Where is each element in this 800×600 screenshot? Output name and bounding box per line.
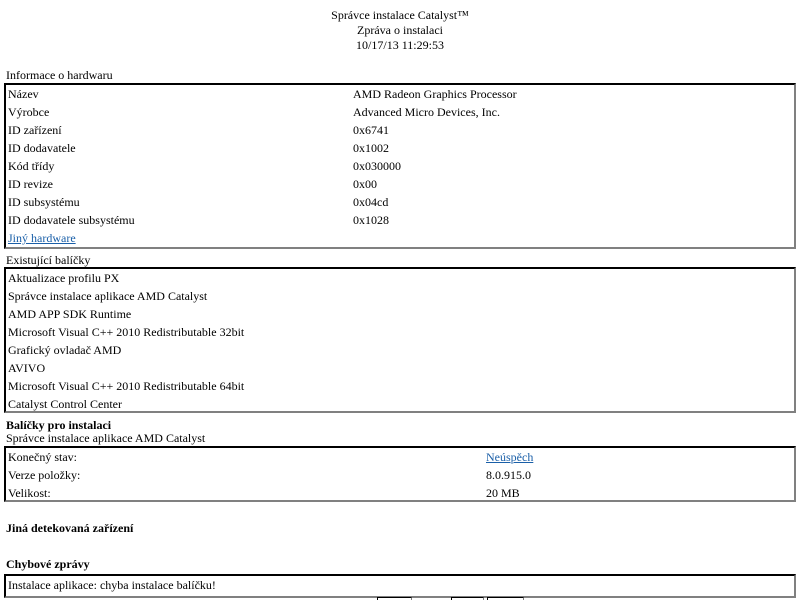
- package-details-box: Konečný stav:NeúspěchVerze položky:8.0.9…: [4, 446, 796, 502]
- row-value: 0x00: [353, 175, 377, 193]
- existing-packages-label: Existující balíčky: [6, 253, 90, 267]
- error-message-item: Instalace aplikace: chyba instalace balí…: [6, 576, 794, 594]
- other-hardware-link[interactable]: Jiný hardware: [8, 229, 76, 247]
- row-key: Microsoft Visual C++ 2010 Redistributabl…: [8, 377, 244, 395]
- row-value: 0x1028: [353, 211, 389, 229]
- error-messages-box: Instalace aplikace: chyba instalace balí…: [4, 574, 796, 598]
- package-list-item: AVIVO: [6, 359, 794, 377]
- row-key: Velikost:: [8, 484, 51, 502]
- package-list-item: Grafický ovladač AMD: [6, 341, 794, 359]
- row-key: Catalyst Control Center: [8, 395, 122, 413]
- report-timestamp: 10/17/13 11:29:53: [0, 38, 800, 53]
- row-key: AVIVO: [8, 359, 45, 377]
- package-list-item: Správce instalace aplikace AMD Catalyst: [6, 287, 794, 305]
- row-key: Název: [8, 85, 39, 103]
- row-value: Advanced Micro Devices, Inc.: [353, 103, 500, 121]
- row-key: ID zařízení: [8, 121, 62, 139]
- hardware-row: Kód třídy0x030000: [6, 157, 794, 175]
- package-list-item: Aktualizace profilu PX: [6, 269, 794, 287]
- packages-to-install-title: Balíčky pro instalaci: [6, 418, 111, 432]
- report-title: Správce instalace Catalyst™: [0, 8, 800, 23]
- hardware-row: ID zařízení0x6741: [6, 121, 794, 139]
- package-list-item: Microsoft Visual C++ 2010 Redistributabl…: [6, 323, 794, 341]
- row-value: 0x04cd: [353, 193, 388, 211]
- row-key: ID dodavatele subsystému: [8, 211, 135, 229]
- hardware-row: VýrobceAdvanced Micro Devices, Inc.: [6, 103, 794, 121]
- row-key: ID subsystému: [8, 193, 80, 211]
- row-value: 0x030000: [353, 157, 401, 175]
- package-name: Správce instalace aplikace AMD Catalyst: [6, 431, 205, 445]
- row-key: ID dodavatele: [8, 139, 76, 157]
- row-key: Verze položky:: [8, 466, 80, 484]
- row-value: 20 MB: [486, 484, 520, 502]
- row-value: 0x6741: [353, 121, 389, 139]
- row-value: 0x1002: [353, 139, 389, 157]
- row-key: Kód třídy: [8, 157, 54, 175]
- row-key: Správce instalace aplikace AMD Catalyst: [8, 287, 207, 305]
- row-key: Aktualizace profilu PX: [8, 269, 119, 287]
- package-list-item: Catalyst Control Center: [6, 395, 794, 413]
- hardware-info-box: NázevAMD Radeon Graphics ProcessorVýrobc…: [4, 83, 796, 249]
- row-key: Instalace aplikace: chyba instalace balí…: [8, 576, 216, 594]
- row-key: Výrobce: [8, 103, 49, 121]
- package-detail-row: Velikost:20 MB: [6, 484, 794, 502]
- row-key: Microsoft Visual C++ 2010 Redistributabl…: [8, 323, 244, 341]
- existing-packages-box: Aktualizace profilu PXSprávce instalace …: [4, 267, 796, 413]
- package-detail-row: Konečný stav:Neúspěch: [6, 448, 794, 466]
- other-devices-title: Jiná detekovaná zařízení: [6, 521, 133, 535]
- error-messages-title: Chybové zprávy: [6, 557, 90, 571]
- package-detail-row: Verze položky:8.0.915.0: [6, 466, 794, 484]
- package-list-item: Microsoft Visual C++ 2010 Redistributabl…: [6, 377, 794, 395]
- report-subtitle: Zpráva o instalaci: [0, 23, 800, 38]
- row-key: ID revize: [8, 175, 53, 193]
- row-value-link[interactable]: Neúspěch: [486, 448, 533, 466]
- hardware-section-label: Informace o hardwaru: [6, 68, 113, 82]
- row-key: Konečný stav:: [8, 448, 77, 466]
- hardware-row: NázevAMD Radeon Graphics Processor: [6, 85, 794, 103]
- report-header: Správce instalace Catalyst™ Zpráva o ins…: [0, 0, 800, 53]
- row-value: AMD Radeon Graphics Processor: [353, 85, 517, 103]
- other-hardware-row: Jiný hardware: [6, 229, 794, 247]
- hardware-row: ID revize0x00: [6, 175, 794, 193]
- hardware-row: ID dodavatele0x1002: [6, 139, 794, 157]
- row-key: Grafický ovladač AMD: [8, 341, 121, 359]
- hardware-row: ID subsystému0x04cd: [6, 193, 794, 211]
- package-list-item: AMD APP SDK Runtime: [6, 305, 794, 323]
- row-key: AMD APP SDK Runtime: [8, 305, 131, 323]
- row-value: 8.0.915.0: [486, 466, 531, 484]
- hardware-row: ID dodavatele subsystému0x1028: [6, 211, 794, 229]
